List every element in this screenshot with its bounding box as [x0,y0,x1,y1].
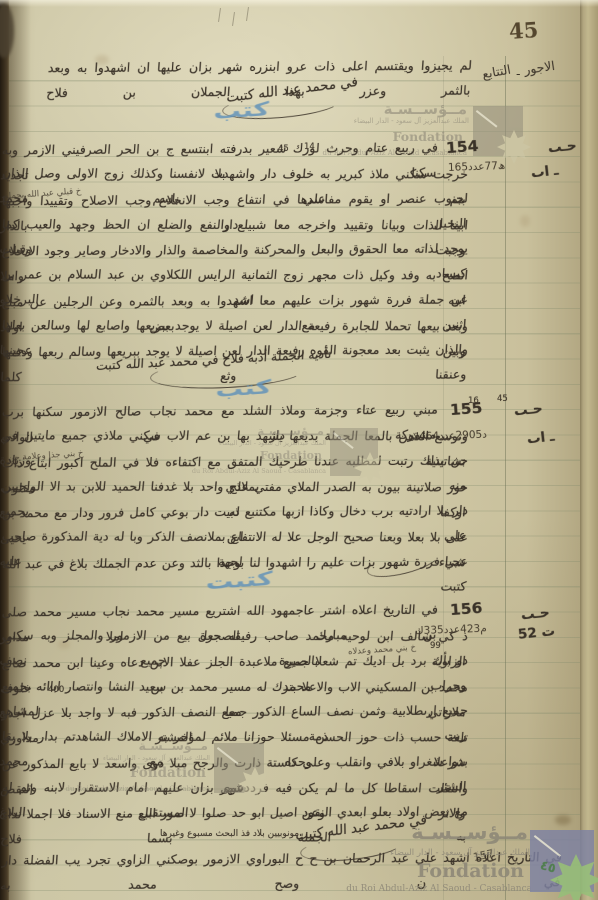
interlinear-note: 16 [468,396,479,406]
foundation-logo-watermark [214,743,264,793]
watermark-arabic-subtitle: الملك عبدالعزيز آل سعود - الدار البيضاء [219,439,326,447]
page-right-edge [580,0,598,900]
folio-number: 45 [508,17,539,44]
handwritten-line: في التاريخ اعلاه اشتر عاجمهود الله اشتري… [1,597,469,625]
watermark-arabic-subtitle: الملك عبدالعزيز آل سعود - الدار البيضاء [390,848,530,858]
handwritten-line: عن جملة فررة شهور بزات عليهم معا اشهدوا … [1,286,469,314]
watermark-latin-name: Fondation [417,860,524,882]
handwritten-line: جميع ارىطلابية وثمن نصف الساع الذكور جمي… [1,698,469,726]
watermark-latin-subtitle: du Roi Abdul-Aziz Al Saoud - Casablanca [192,467,326,475]
handwritten-line: مبني ربيع عتاء وجزمة وملاذ الشلد مع محمد… [1,397,469,425]
manuscript-scan: 45 الاجور - التتابع لم يجيزوا ويقتسم اعل… [0,0,598,900]
previous-entry-tail: لم يجيزوا ويقتسم اعلى ذات عرو ابنزره شهر… [48,54,472,79]
handwritten-line: ابينا الذات وبيانا وتقييد واخرجه معا شبي… [1,211,469,237]
margin-mark: حـٮ [520,605,550,624]
handwritten-line: يوجد لذاته معا الحقوق والبعل والمحركنة و… [1,236,469,264]
registration-stamp-blue: كتب [213,98,271,124]
margin-header-separator: - [516,66,521,81]
handwritten-line: دار بلا ارادتيه برب دخال وكاذا ازبها مكت… [1,498,469,526]
watermark-latin-subtitle: du Roi Abdul-Aziz Al Saoud - Casablanca [66,785,210,793]
page-top-edge [0,0,598,7]
pencil-tick [232,12,235,26]
watermark-arabic-subtitle: الملك عبدالعزيز آل سعود - الدار البيضاء [354,117,469,125]
watermark-arabic-name: مــؤســسـة [257,424,324,438]
archive-watermark: مــؤســسـة الملك عبدالعزيز آل سعود - الد… [163,424,378,480]
entry-text-block: في ربيع عتام وحرث لورك شعير بدرفته ابنتس… [2,136,468,364]
margin-mark: ـ اٮ [530,163,559,182]
handwritten-line: وبعد بيعها تحملا للجابرة رفيعة الدار لعن… [1,313,469,339]
handwritten-line: خرجت سكني ملاذ كبرير به خلوف دار واشهدت … [1,161,469,187]
watermark-latin-subtitle: du Roi Abdul-Aziz Al Saoud - Casablanca [346,884,532,894]
archive-watermark-large: مــؤســسـة الملك عبدالعزيز آل سعود - الد… [328,820,596,900]
handwritten-line: ذ كي سالف ابن لوحيه محمد صاحب رفيقه جعل … [1,623,469,649]
marginal-note: مونوبيين بلاد فذ البحث مسبوع وغيرها [160,829,299,839]
watermark-latin-name: Fondation [130,765,206,781]
margin-mark: حـٮ [547,138,577,157]
handwritten-line: على بلا بعلا وبعنا صحيح الوجل علا له الا… [1,524,469,550]
pencil-tick [218,8,221,22]
interlinear-note: 45 [497,394,508,404]
fox-spot [520,215,530,227]
watermark-latin-name: Fondation [260,449,322,462]
margin-mark: حـٮ [513,401,543,420]
margin-mark: ـ اٮ [526,429,555,448]
watermark-arabic-subtitle: الملك عبدالعزيز آل سعود - الدار البيضاء [103,754,210,762]
handwritten-line: لم يجيزوا ويقتسم اعلى ذات عرو ابنزره شهر… [47,53,473,81]
registration-stamp-blue: كتبت [205,568,274,595]
handwritten-line: دو بأك برد بل اديك تم شعلا جميع ملاعبدة … [1,647,469,675]
watermark-arabic-name: مــؤســسـة [411,820,528,844]
handwritten-line: في ربيع عتام وحرث لورك شعير بدرفته ابنتس… [1,135,469,163]
archive-watermark: مــؤســسـة الملك عبدالعزيز آل سعود - الد… [42,738,264,796]
watermark-arabic-name: مــؤســسـة [384,100,467,118]
handwritten-line: لجنوب عنصر او يقوم مفاسدها في انتفاع وجب… [1,185,469,213]
foundation-logo-watermark [330,428,378,476]
handwritten-line: محمد بن المسكيني الاب والاعلا بترك له مس… [1,673,469,699]
handwritten-line: اتصح به وفد وكيل ذات مجهر زوج الثمانية ا… [1,262,469,288]
watermark-arabic-name: مــؤســسـة [138,738,208,753]
pencil-tick [246,7,249,21]
foundation-logo-watermark [473,106,523,156]
margin-vertical-rule [505,56,506,900]
